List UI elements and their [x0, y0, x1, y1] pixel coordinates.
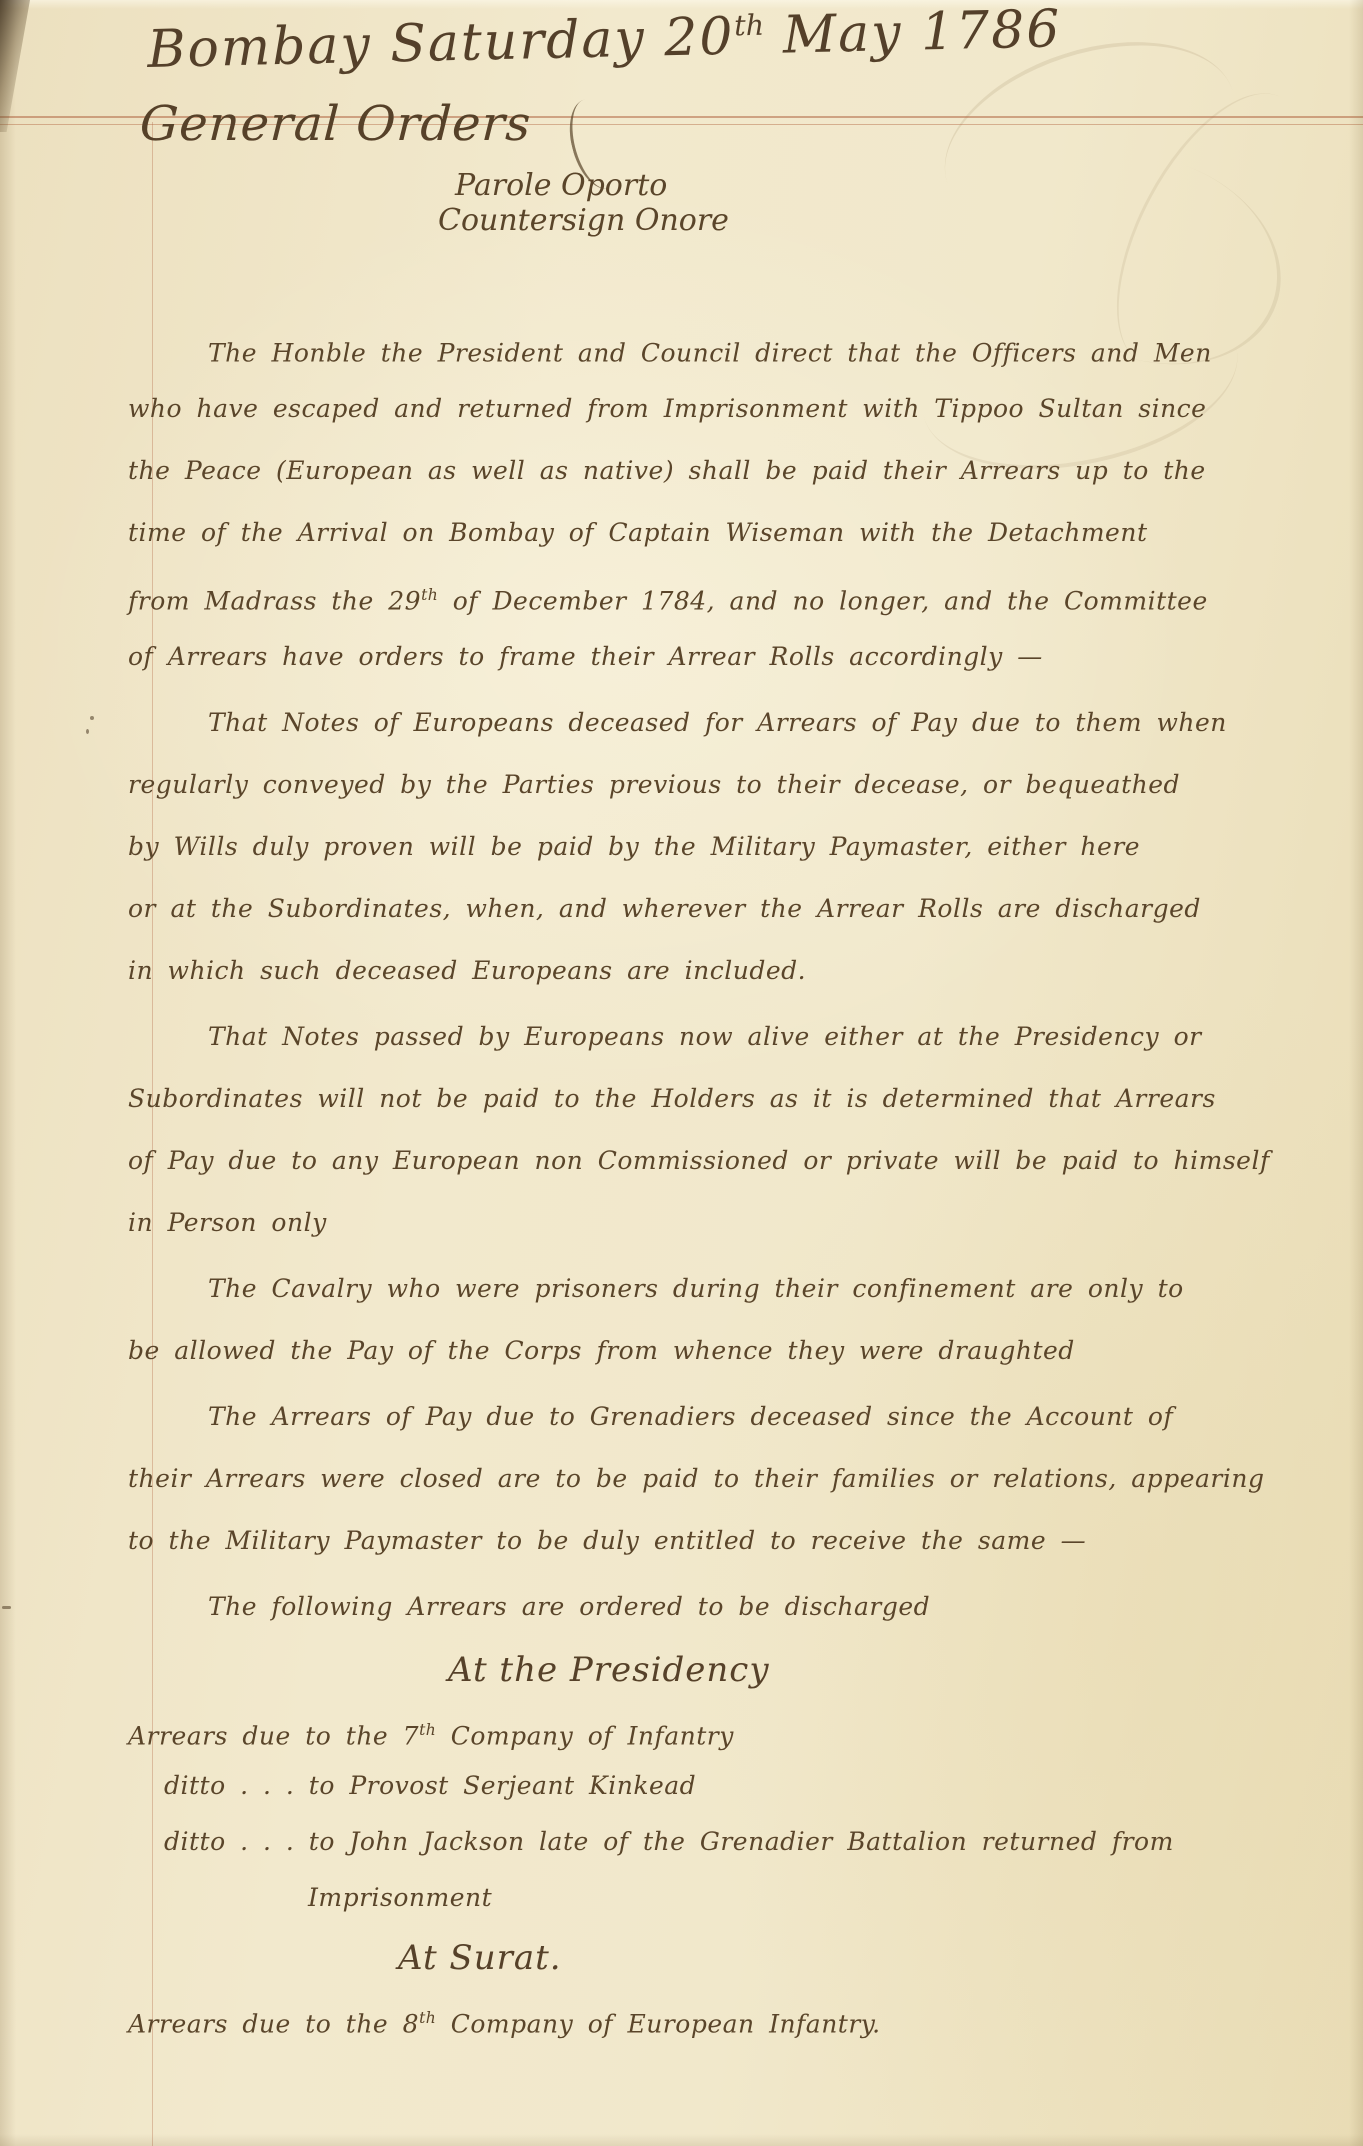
- order-body: The Honble the President and Council dir…: [128, 316, 1323, 2046]
- manuscript-line: who have escaped and returned from Impri…: [128, 378, 1323, 440]
- line-text: of Arrears have orders to frame their Ar…: [128, 642, 1043, 671]
- ordinal-suffix: th: [421, 586, 438, 604]
- manuscript-line: The Honble the President and Council dir…: [128, 316, 1323, 378]
- line-text: the Peace (European as well as native) s…: [128, 456, 1206, 485]
- dateline: Bombay Saturday 20th May 1786: [147, 0, 1062, 80]
- ink-speck: [90, 716, 94, 720]
- manuscript-line: their Arrears were closed are to be paid…: [128, 1448, 1323, 1510]
- paragraph: That Notes passed by Europeans now alive…: [128, 1006, 1323, 1254]
- line-text: Arrears due to the 8: [128, 2009, 419, 2038]
- line-text: regularly conveyed by the Parties previo…: [128, 770, 1180, 799]
- paragraph: The Arrears of Pay due to Grenadiers dec…: [128, 1386, 1323, 1572]
- line-text: ditto . . . to John Jackson late of the …: [164, 1827, 1174, 1856]
- manuscript-line: The Arrears of Pay due to Grenadiers dec…: [128, 1386, 1323, 1448]
- entry-line: Imprisonment: [308, 1870, 1323, 1926]
- line-text: or at the Subordinates, when, and wherev…: [128, 894, 1201, 923]
- manuscript-line: of Pay due to any European non Commissio…: [128, 1130, 1323, 1192]
- manuscript-line: That Notes passed by Europeans now alive…: [128, 1006, 1323, 1068]
- line-text: Arrears due to the 7: [128, 1721, 419, 1750]
- line-text: in which such deceased Europeans are inc…: [128, 956, 806, 985]
- line-text: of December 1784, and no longer, and the…: [438, 586, 1207, 615]
- line-text: Company of Infantry: [436, 1721, 734, 1750]
- line-text: The Arrears of Pay due to Grenadiers dec…: [208, 1402, 1173, 1431]
- line-text: from Madrass the 29: [128, 586, 421, 615]
- line-text: Imprisonment: [308, 1883, 492, 1912]
- line-text: who have escaped and returned from Impri…: [128, 394, 1206, 423]
- manuscript-line: the Peace (European as well as native) s…: [128, 440, 1323, 502]
- arrears-intro-line: The following Arrears are ordered to be …: [128, 1576, 1323, 1638]
- line-text: time of the Arrival on Bombay of Captain…: [128, 518, 1148, 547]
- heading-text: At Surat.: [398, 1938, 562, 1978]
- paragraph: The Honble the President and Council dir…: [128, 316, 1323, 688]
- section-heading-surat: At Surat.: [398, 1926, 1323, 1990]
- manuscript-line: time of the Arrival on Bombay of Captain…: [128, 502, 1323, 564]
- line-text: That Notes passed by Europeans now alive…: [208, 1022, 1202, 1051]
- manuscript-line: regularly conveyed by the Parties previo…: [128, 754, 1323, 816]
- manuscript-line: from Madrass the 29th of December 1784, …: [128, 564, 1323, 626]
- entry-line: Arrears due to the 8th Company of Europe…: [128, 1990, 1323, 2046]
- line-text: The Cavalry who were prisoners during th…: [208, 1274, 1184, 1303]
- parole-line: Parole Oporto: [455, 168, 667, 203]
- dateline-text: May 1786: [764, 0, 1062, 66]
- line-text: to the Military Paymaster to be duly ent…: [128, 1526, 1086, 1555]
- entry-line: Arrears due to the 7th Company of Infant…: [128, 1702, 1323, 1758]
- section-heading-presidency: At the Presidency: [448, 1638, 1323, 1702]
- line-text: Company of European Infantry.: [436, 2009, 880, 2038]
- line-text: Subordinates will not be paid to the Hol…: [128, 1084, 1216, 1113]
- manuscript-line: That Notes of Europeans deceased for Arr…: [128, 692, 1323, 754]
- paragraph: The Cavalry who were prisoners during th…: [128, 1258, 1323, 1382]
- line-text: of Pay due to any European non Commissio…: [128, 1146, 1270, 1175]
- line-text: The following Arrears are ordered to be …: [208, 1592, 930, 1621]
- ordinal-suffix: th: [419, 1721, 436, 1739]
- line-text: in Person only: [128, 1208, 327, 1237]
- manuscript-line: Subordinates will not be paid to the Hol…: [128, 1068, 1323, 1130]
- manuscript-line: be allowed the Pay of the Corps from whe…: [128, 1320, 1323, 1382]
- manuscript-line: The Cavalry who were prisoners during th…: [128, 1258, 1323, 1320]
- page-title: General Orders: [139, 96, 533, 152]
- manuscript-line: to the Military Paymaster to be duly ent…: [128, 1510, 1323, 1572]
- manuscript-line: or at the Subordinates, when, and wherev…: [128, 878, 1323, 940]
- ordinal-suffix: th: [734, 8, 765, 43]
- paper-edge-tear: [0, 0, 30, 132]
- heading-text: At the Presidency: [448, 1650, 770, 1690]
- manuscript-line: by Wills duly proven will be paid by the…: [128, 816, 1323, 878]
- manuscript-sheet: Bombay Saturday 20th May 1786 General Or…: [0, 0, 1363, 2146]
- manuscript-line: in Person only: [128, 1192, 1323, 1254]
- dateline-text: Bombay Saturday 20: [147, 7, 735, 80]
- manuscript-line: in which such deceased Europeans are inc…: [128, 940, 1323, 1002]
- line-text: That Notes of Europeans deceased for Arr…: [208, 708, 1227, 737]
- entry-line: ditto . . . to Provost Serjeant Kinkead: [164, 1758, 1323, 1814]
- line-text: The Honble the President and Council dir…: [208, 338, 1212, 367]
- manuscript-line: of Arrears have orders to frame their Ar…: [128, 626, 1323, 688]
- ink-speck: [86, 729, 89, 734]
- ordinal-suffix: th: [419, 2009, 436, 2027]
- line-text: by Wills duly proven will be paid by the…: [128, 832, 1140, 861]
- line-text: ditto . . . to Provost Serjeant Kinkead: [164, 1771, 696, 1800]
- ink-speck: [2, 1606, 11, 1609]
- entry-line: ditto . . . to John Jackson late of the …: [164, 1814, 1323, 1870]
- line-text: their Arrears were closed are to be paid…: [128, 1464, 1264, 1493]
- paragraph: That Notes of Europeans deceased for Arr…: [128, 692, 1323, 1002]
- countersign-line: Countersign Onore: [438, 203, 729, 238]
- line-text: be allowed the Pay of the Corps from whe…: [128, 1336, 1075, 1365]
